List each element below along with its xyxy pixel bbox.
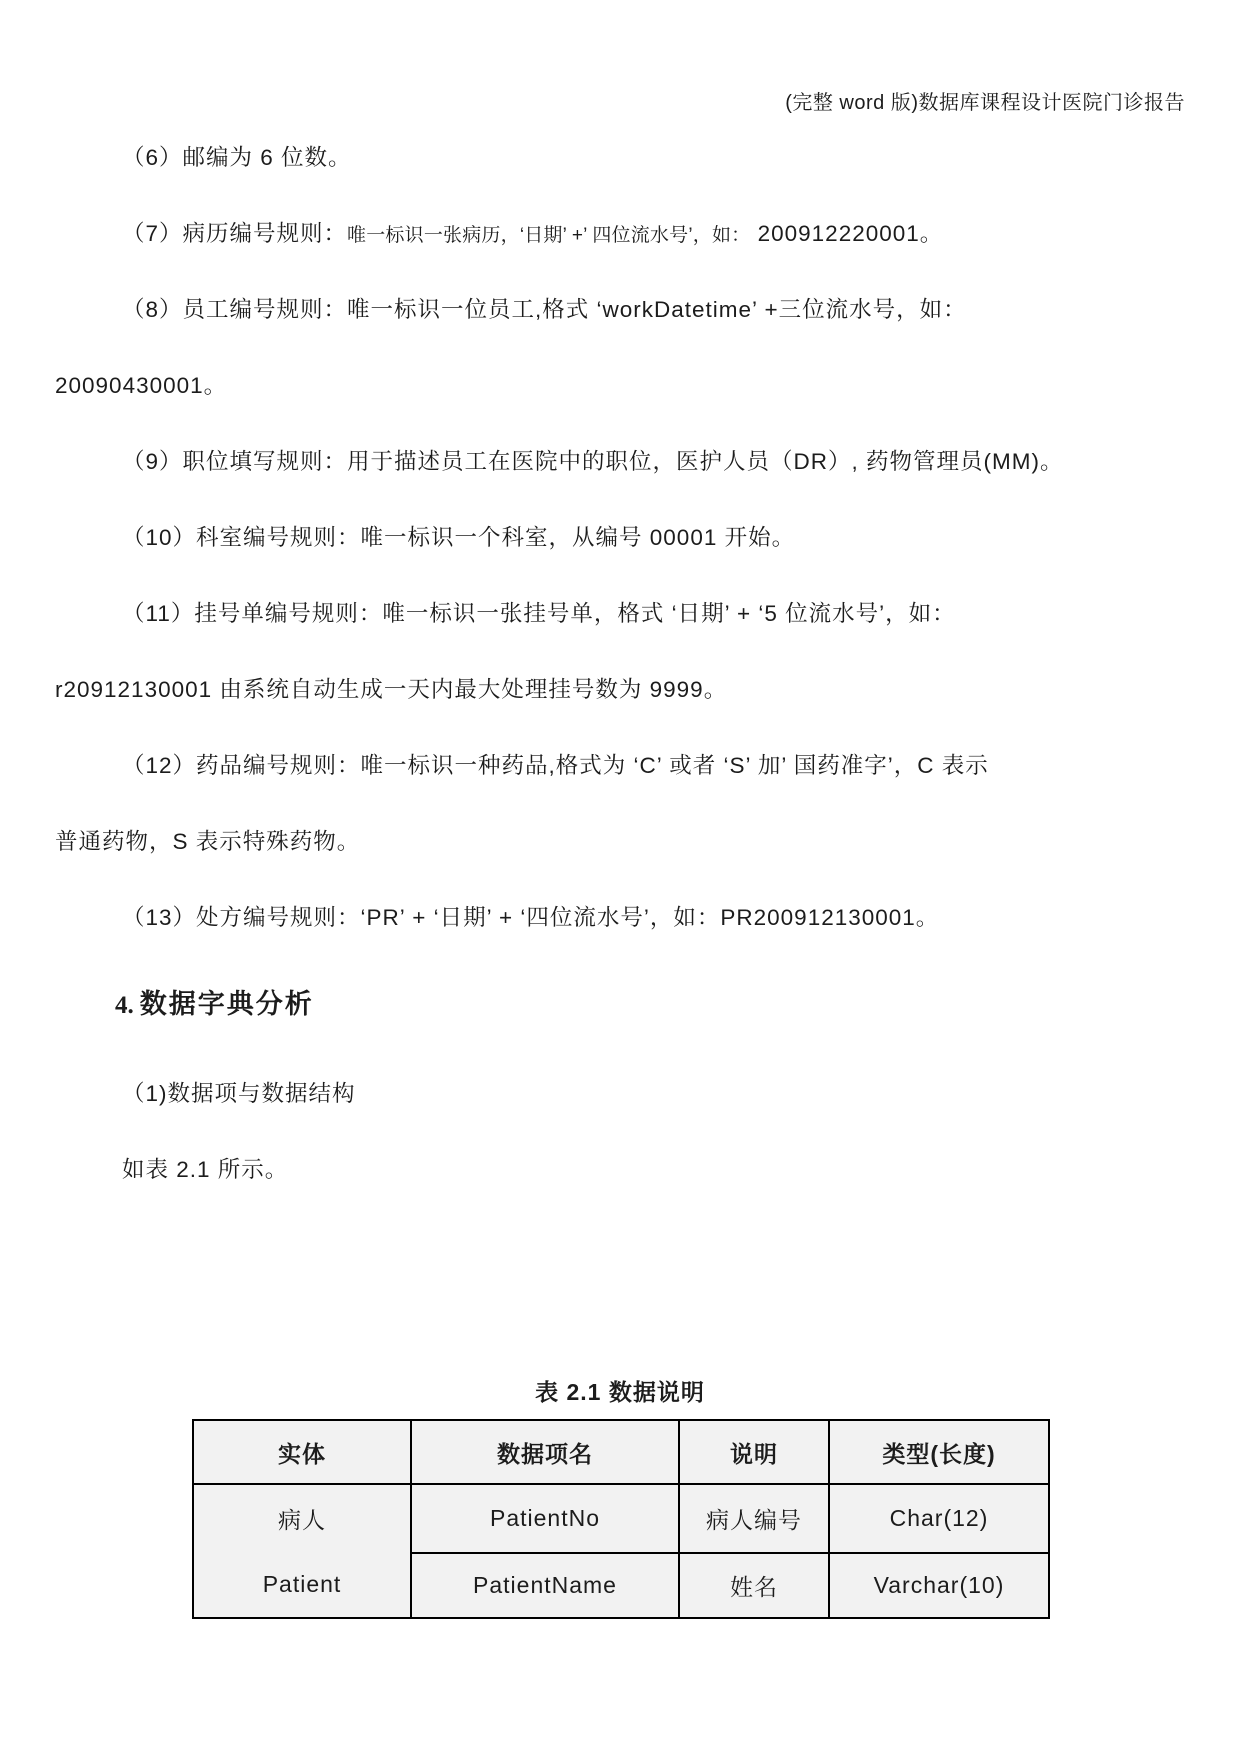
paragraph-10: （10）科室编号规则：唯一标识一个科室，从编号 00001 开始。 — [55, 500, 1195, 576]
paragraph-12: （12）药品编号规则：唯一标识一种药品,格式为 ‘C’ 或者 ‘S’ 加’ 国药… — [55, 728, 1195, 804]
paragraph-7-detail: 唯一标识一张病历，‘日期’ +’ 四位流水号’，如： — [347, 225, 750, 246]
section-heading-number: 4. — [115, 992, 134, 1019]
cell-description: 姓名 — [679, 1553, 829, 1618]
paragraph-13-text: （13）处方编号规则：‘PR’ + ‘日期’ + ‘四位流水号’，如：PR200… — [122, 905, 939, 930]
paragraph-13: （13）处方编号规则：‘PR’ + ‘日期’ + ‘四位流水号’，如：PR200… — [55, 880, 1195, 956]
paragraph-12-continuation-text: 普通药物，S 表示特殊药物。 — [55, 829, 360, 854]
subsection-line-text: （1)数据项与数据结构 — [122, 1081, 356, 1106]
paragraph-8: （8）员工编号规则：唯一标识一位员工,格式 ‘workDatetime’ +三位… — [55, 272, 1195, 348]
table-row: 病人 Patient PatientNo 病人编号 Char(12) — [193, 1484, 1049, 1553]
entity-cell-content: 病人 Patient — [194, 1485, 410, 1617]
section-heading-text: 数据字典分析 — [140, 989, 314, 1019]
paragraph-11-continuation: r20912130001 由系统自动生成一天内最大处理挂号数为 9999。 — [55, 652, 1195, 728]
cell-type-length: Char(12) — [829, 1484, 1049, 1553]
data-dictionary-table: 实体 数据项名 说明 类型(长度) 病人 Patient PatientNo 病… — [192, 1419, 1050, 1619]
paragraph-11-continuation-text: r20912130001 由系统自动生成一天内最大处理挂号数为 9999。 — [55, 677, 727, 702]
body-text: （6）邮编为 6 位数。 （7）病历编号规则：唯一标识一张病历，‘日期’ +’ … — [55, 120, 1195, 1208]
table-header-row: 实体 数据项名 说明 类型(长度) — [193, 1420, 1049, 1484]
table-reference-line: 如表 2.1 所示。 — [55, 1132, 1195, 1208]
paragraph-11: （11）挂号单编号规则：唯一标识一张挂号单，格式 ‘日期’ + ‘5 位流水号’… — [55, 576, 1195, 652]
column-header-entity: 实体 — [193, 1420, 411, 1484]
document-header-title: (完整 word 版)数据库课程设计医院门诊报告 — [785, 86, 1185, 115]
cell-data-item: PatientNo — [411, 1484, 679, 1553]
paragraph-6-text: （6）邮编为 6 位数。 — [122, 145, 352, 170]
paragraph-7: （7）病历编号规则：唯一标识一张病历，‘日期’ +’ 四位流水号’，如： 200… — [55, 196, 1195, 272]
column-header-description: 说明 — [679, 1420, 829, 1484]
subsection-line: （1)数据项与数据结构 — [55, 1056, 1195, 1132]
paragraph-12-continuation: 普通药物，S 表示特殊药物。 — [55, 804, 1195, 880]
entity-name-zh: 病人 — [194, 1485, 410, 1551]
cell-description: 病人编号 — [679, 1484, 829, 1553]
table-reference-text: 如表 2.1 所示。 — [122, 1157, 288, 1182]
paragraph-9-text: （9）职位填写规则：用于描述员工在医院中的职位，医护人员（DR）, 药物管理员(… — [122, 449, 1064, 474]
table-caption: 表 2.1 数据说明 — [192, 1374, 1048, 1407]
entity-name-en: Patient — [194, 1551, 410, 1617]
column-header-type-length: 类型(长度) — [829, 1420, 1049, 1484]
paragraph-12-text: （12）药品编号规则：唯一标识一种药品,格式为 ‘C’ 或者 ‘S’ 加’ 国药… — [122, 753, 989, 778]
section-heading: 4.数据字典分析 — [55, 966, 1195, 1042]
paragraph-9: （9）职位填写规则：用于描述员工在医院中的职位，医护人员（DR）, 药物管理员(… — [55, 424, 1195, 500]
paragraph-11-text: （11）挂号单编号规则：唯一标识一张挂号单，格式 ‘日期’ + ‘5 位流水号’… — [122, 601, 956, 626]
paragraph-8-continuation: 20090430001。 — [55, 348, 1195, 424]
column-header-data-item: 数据项名 — [411, 1420, 679, 1484]
paragraph-8-continuation-text: 20090430001。 — [55, 373, 227, 398]
entity-cell: 病人 Patient — [193, 1484, 411, 1618]
paragraph-6: （6）邮编为 6 位数。 — [55, 120, 1195, 196]
document-page: (完整 word 版)数据库课程设计医院门诊报告 （6）邮编为 6 位数。 （7… — [0, 0, 1241, 1754]
cell-data-item: PatientName — [411, 1553, 679, 1618]
paragraph-8-text: （8）员工编号规则：唯一标识一位员工,格式 ‘workDatetime’ +三位… — [122, 297, 967, 322]
paragraph-7-example: 200912220001。 — [750, 221, 943, 246]
paragraph-7-lead: （7）病历编号规则： — [122, 221, 347, 246]
paragraph-10-text: （10）科室编号规则：唯一标识一个科室，从编号 00001 开始。 — [122, 525, 795, 550]
cell-type-length: Varchar(10) — [829, 1553, 1049, 1618]
